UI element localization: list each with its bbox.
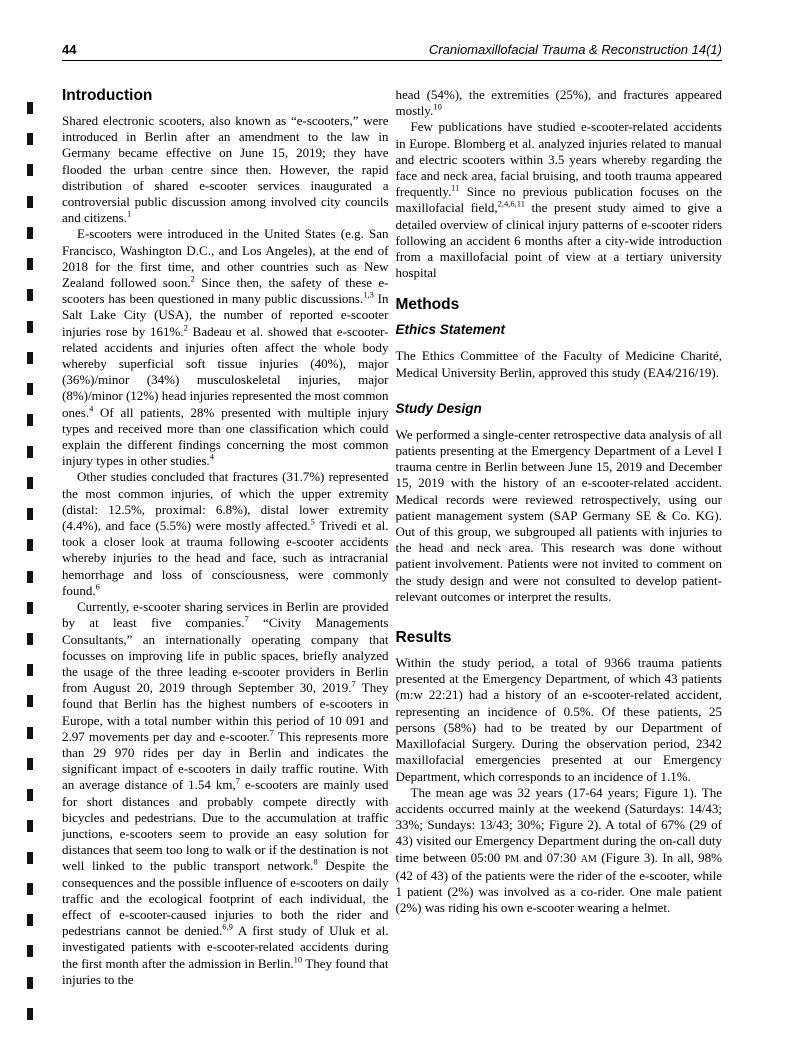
citation-superscript: 2 [191, 274, 195, 284]
margin-tick-mark [27, 914, 33, 926]
margin-tick-mark [27, 446, 33, 458]
citation-superscript: 8 [313, 857, 317, 867]
margin-tick-mark [27, 539, 33, 551]
citation-superscript: 6 [96, 582, 100, 592]
body-paragraph: We performed a single-center retrospecti… [396, 427, 723, 605]
margin-tick-mark [27, 508, 33, 520]
left-column: IntroductionShared electronic scooters, … [62, 87, 389, 988]
margin-tick-mark [27, 789, 33, 801]
margin-tick-mark [27, 977, 33, 989]
two-column-body: IntroductionShared electronic scooters, … [62, 87, 722, 988]
margin-tick-mark [27, 727, 33, 739]
citation-superscript: 7 [270, 727, 274, 737]
citation-superscript: 11 [451, 183, 459, 193]
citation-superscript: 10 [433, 102, 442, 112]
margin-tick-mark [27, 945, 33, 957]
running-head: 44 Craniomaxillofacial Trauma & Reconstr… [62, 42, 722, 61]
small-caps-text: AM [581, 854, 597, 865]
margin-tick-mark [27, 633, 33, 645]
body-paragraph: E-scooters were introduced in the United… [62, 226, 389, 469]
citation-superscript: 10 [294, 954, 303, 964]
margin-tick-mark [27, 227, 33, 239]
margin-tick-mark [27, 758, 33, 770]
right-column: head (54%), the extremities (25%), and f… [396, 87, 723, 988]
citation-superscript: 5 [311, 517, 315, 527]
citation-superscript: 4 [210, 452, 214, 462]
margin-tick-mark [27, 602, 33, 614]
citation-superscript: 6,9 [222, 922, 233, 932]
margin-tick-mark [27, 571, 33, 583]
margin-tick-mark [27, 1008, 33, 1020]
citation-superscript: 7 [352, 679, 356, 689]
subsection-heading-study-design: Study Design [396, 401, 723, 416]
section-heading-introduction: Introduction [62, 87, 389, 104]
journal-title: Craniomaxillofacial Trauma & Reconstruct… [429, 42, 722, 57]
margin-tick-mark [27, 477, 33, 489]
body-paragraph: The mean age was 32 years (17-64 years; … [396, 785, 723, 917]
margin-tick-mark [27, 102, 33, 114]
margin-tick-mark [27, 164, 33, 176]
citation-superscript: 1 [127, 209, 131, 219]
margin-tick-mark [27, 258, 33, 270]
body-paragraph: Few publications have studied e-scooter-… [396, 119, 723, 281]
body-paragraph: The Ethics Committee of the Faculty of M… [396, 348, 723, 380]
margin-tick-mark [27, 133, 33, 145]
margin-tick-mark [27, 383, 33, 395]
margin-tick-mark [27, 695, 33, 707]
citation-superscript: 2,4,6,11 [498, 199, 525, 209]
margin-tick-mark [27, 852, 33, 864]
section-heading-results: Results [396, 629, 723, 646]
subsection-heading-ethics-statement: Ethics Statement [396, 322, 723, 337]
margin-tick-mark [27, 289, 33, 301]
citation-superscript: 7 [236, 776, 240, 786]
margin-tick-mark [27, 664, 33, 676]
journal-page: 44 Craniomaxillofacial Trauma & Reconstr… [62, 42, 722, 988]
margin-tick-mark [27, 352, 33, 364]
citation-superscript: 1,3 [363, 290, 374, 300]
body-paragraph: Currently, e-scooter sharing services in… [62, 599, 389, 988]
margin-tick-mark [27, 196, 33, 208]
body-paragraph: Other studies concluded that fractures (… [62, 469, 389, 599]
body-paragraph: head (54%), the extremities (25%), and f… [396, 87, 723, 119]
margin-tick-mark [27, 883, 33, 895]
page-number: 44 [62, 42, 76, 57]
citation-superscript: 2 [184, 322, 188, 332]
small-caps-text: PM [505, 854, 519, 865]
citation-superscript: 4 [89, 403, 93, 413]
margin-tick-mark [27, 321, 33, 333]
body-paragraph: Shared electronic scooters, also known a… [62, 113, 389, 226]
section-heading-methods: Methods [396, 296, 723, 313]
citation-superscript: 7 [244, 614, 248, 624]
scan-margin-marks [27, 102, 35, 1020]
margin-tick-mark [27, 414, 33, 426]
body-paragraph: Within the study period, a total of 9366… [396, 655, 723, 785]
margin-tick-mark [27, 820, 33, 832]
